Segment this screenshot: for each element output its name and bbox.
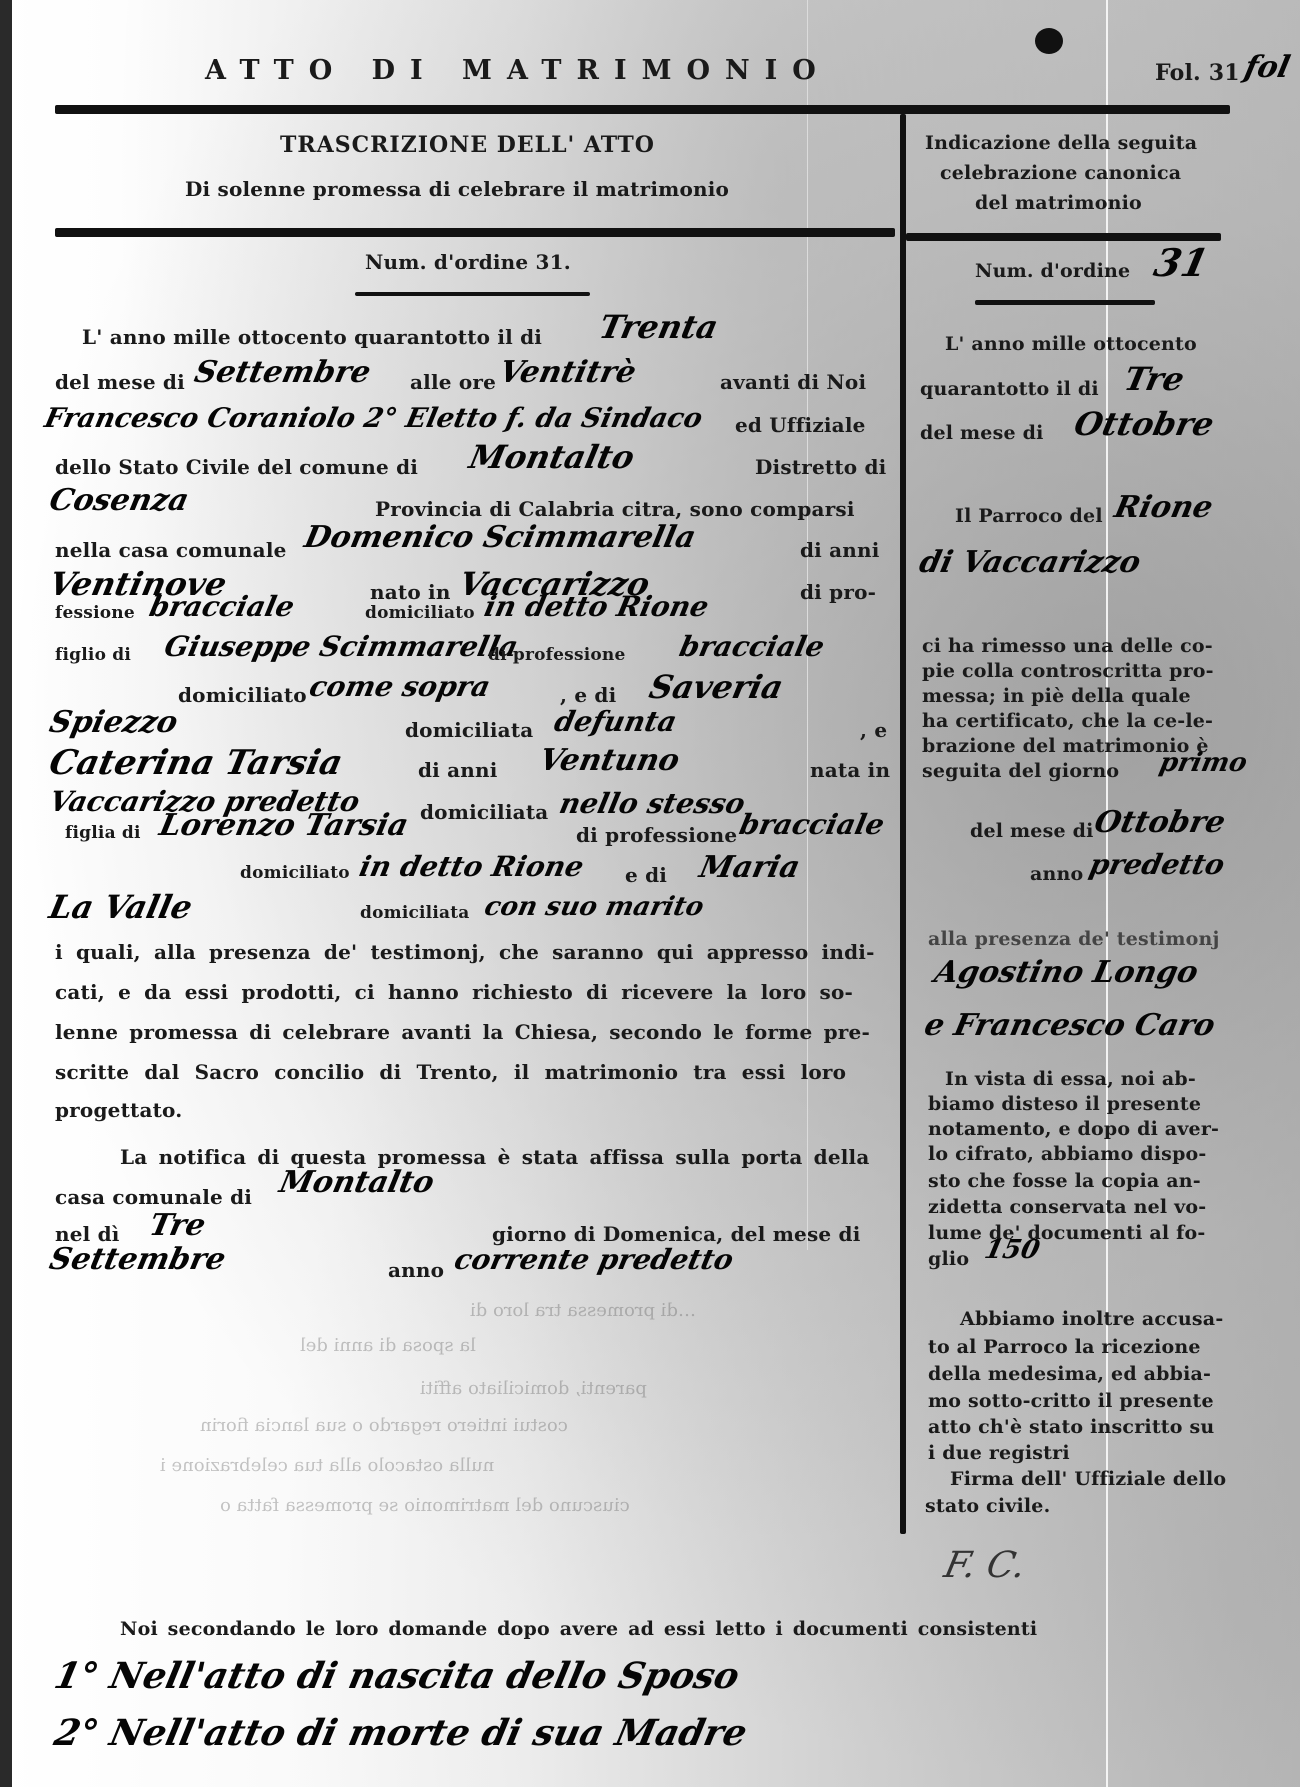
right-text-line: pie colla controscritta pro- [922,660,1214,682]
form-line: alle ore [410,370,496,394]
column-divider [900,114,906,1534]
handwritten-document-1: 1° Nell'atto di nascita dello Sposo [51,1655,743,1697]
page-title: ATTO DI MATRIMONIO [205,55,831,86]
handwritten-notice-month: Settembre [46,1242,229,1277]
right-line: del mese di [970,820,1094,842]
document-page: …di promessa tra loro di la sposa di ann… [0,0,1300,1787]
right-text-line: sto che fosse la copia an- [928,1170,1201,1192]
handwritten-hour: Ventitrè [496,355,639,390]
folio-handwritten: fol [1241,50,1293,85]
handwritten-month: Settembre [191,355,374,390]
handwritten-bride-age: Ventuno [536,743,682,778]
right-text-line: notamento, e dopo di aver- [928,1118,1219,1140]
handwritten-groom-mother: Saveria [646,668,787,706]
handwritten-folio-number: 150 [982,1235,1043,1265]
form-line: ed Uffiziale [735,413,866,437]
handwritten-bride-mother-surname: La Valle [46,888,196,926]
scan-edge [0,0,12,1787]
handwritten-witness-1: Agostino Longo [931,955,1201,990]
right-text-line: stato civile. [925,1495,1050,1517]
form-line: di professione [488,645,626,665]
right-handwritten-celebration-month: Ottobre [1091,805,1228,840]
handwritten-groom-father: Giuseppe Scimmarella [161,630,521,663]
form-line: di pro- [800,580,876,604]
right-text-line: della medesima, ed abbia- [928,1363,1211,1385]
right-text-line: biamo disteso il presente [928,1093,1201,1115]
paragraph-line: i quali, alla presenza de' testimonj, ch… [55,940,875,964]
form-line: figlia di [65,823,141,843]
handwritten-bride-father-domicile: in detto Rione [356,850,586,883]
footer-printed-line: Noi secondando le loro domande dopo aver… [120,1618,1037,1640]
right-text-line: In vista di essa, noi ab- [945,1068,1196,1090]
right-text-line: ci ha rimesso una delle co- [922,635,1213,657]
handwritten-witness-2: e Francesco Caro [921,1008,1218,1043]
right-line: quarantotto il di [920,378,1099,400]
handwritten-mother-surname: Spiezzo [46,705,181,740]
form-line: Distretto di [755,455,886,479]
form-line: di anni [800,538,880,562]
right-title-line: celebrazione canonica [940,162,1181,184]
form-line: domiciliata [420,800,548,824]
handwritten-groom-name: Domenico Scimmarella [301,520,699,555]
form-line: domiciliato [365,603,475,623]
handwritten-bride-father: Lorenzo Tarsia [156,808,411,843]
right-handwritten-rione: Rione [1111,490,1216,525]
form-line: domiciliato [240,863,350,883]
handwritten-notice-comune: Montalto [276,1165,437,1200]
handwritten-father-domicile: come sopra [306,670,493,703]
left-order-number: Num. d'ordine 31. [365,250,571,274]
form-line: , e di [560,683,616,707]
paragraph-line: progettato. [55,1098,182,1122]
right-text-line: Firma dell' Uffiziale dello [950,1468,1226,1490]
handwritten-bride-father-profession: bracciale [736,808,887,841]
right-line: alla presenza de' testimonj [928,928,1220,950]
notice-line: casa comunale di [55,1185,252,1209]
left-section-title: TRASCRIZIONE DELL' ATTO [280,132,655,158]
handwritten-father-profession: bracciale [676,630,827,663]
right-text-line: glio [928,1248,969,1270]
form-line: domiciliato [178,683,307,707]
form-line: L' anno mille ottocento quarantotto il d… [82,325,542,349]
right-text-line: to al Parroco la ricezione [928,1336,1201,1358]
right-text-line: ha certificato, che la ce-le- [922,710,1213,732]
left-subheader-rule [55,228,895,237]
handwritten-initials: F. C. [941,1545,1030,1586]
right-title-line: del matrimonio [975,192,1142,214]
header-rule [55,105,1230,114]
right-text-line: zidetta conservata nel vo- [928,1196,1206,1218]
handwritten-bride-name: Caterina Tarsia [46,743,346,783]
handwritten-officer-name: Francesco Coraniolo 2° Eletto f. da Sind… [42,403,706,434]
form-line: e di [625,863,667,887]
form-line: fessione [55,603,135,623]
form-line: di professione [576,823,737,847]
form-line: avanti di Noi [720,370,866,394]
handwritten-groom-profession: bracciale [146,590,297,623]
right-handwritten-parish: di Vaccarizzo [916,545,1143,580]
notice-line: La notifica di questa promessa è stata a… [120,1145,870,1169]
handwritten-groom-domicile: in detto Rione [481,590,711,623]
right-order-label: Num. d'ordine [975,260,1130,282]
paragraph-line: cati, e da essi prodotti, ci hanno richi… [55,980,853,1004]
right-handwritten-celebration-day: primo [1157,748,1250,778]
right-title-line: Indicazione della seguita [925,132,1197,154]
handwritten-day: Trenta [596,308,722,346]
handwritten-document-2: 2° Nell'atto di morte di sua Madre [51,1712,751,1754]
form-line: Provincia di Calabria citra, sono compar… [375,497,855,521]
form-line: domiciliata [405,718,533,742]
ink-blot [1035,28,1063,54]
paragraph-line: lenne promessa di celebrare avanti la Ch… [55,1020,870,1044]
right-text-line: lo cifrato, abbiamo dispo- [928,1143,1207,1165]
form-line: del mese di [55,370,185,394]
folio-number: Fol. 31 [1155,60,1240,86]
right-text-line: Abbiamo inoltre accusa- [960,1308,1223,1330]
handwritten-bride-mother: Maria [696,850,803,885]
form-line: nella casa comunale [55,538,287,562]
right-line: Il Parroco del [955,505,1103,527]
handwritten-district: Cosenza [46,483,192,518]
right-line: L' anno mille ottocento [945,333,1197,355]
form-line: di anni [418,758,498,782]
right-handwritten-month: Ottobre [1071,405,1217,443]
handwritten-comune: Montalto [466,438,638,476]
form-line: figlio di [55,645,131,665]
right-handwritten-year: predetto [1086,848,1227,881]
handwritten-notice-year: corrente predetto [451,1243,736,1276]
right-line: del mese di [920,422,1044,444]
notice-line: anno [388,1258,444,1282]
handwritten-mother-status: defunta [551,705,679,738]
paragraph-line: scritte dal Sacro concilio di Trento, il… [55,1060,846,1084]
handwritten-bride-domicile: nello stesso [556,787,748,820]
right-text-line: atto ch'è stato inscritto su [928,1416,1214,1438]
right-text-line: mo sotto-critto il presente [928,1390,1214,1412]
right-handwritten-day: Tre [1121,360,1188,398]
right-text-line: i due registri [928,1442,1070,1464]
form-line: nato in [370,580,451,604]
right-order-number-handwritten: 31 [1150,240,1212,285]
form-line: nata in [810,758,890,782]
right-line: anno [1030,863,1083,885]
right-text-line: lume de' documenti al fo- [928,1222,1205,1244]
handwritten-bride-mother-domicile: con suo marito [482,892,707,922]
order-underline [355,292,590,296]
handwritten-notice-day: Tre [146,1208,208,1243]
right-text-line: messa; in piè della quale [922,685,1191,707]
left-section-subtitle: Di solenne promessa di celebrare il matr… [185,177,729,201]
form-line: , e [860,718,887,742]
form-line: dello Stato Civile del comune di [55,455,418,479]
right-text-line: seguita del giorno [922,760,1119,782]
right-order-underline [975,300,1155,305]
form-line: domiciliata [360,903,469,923]
